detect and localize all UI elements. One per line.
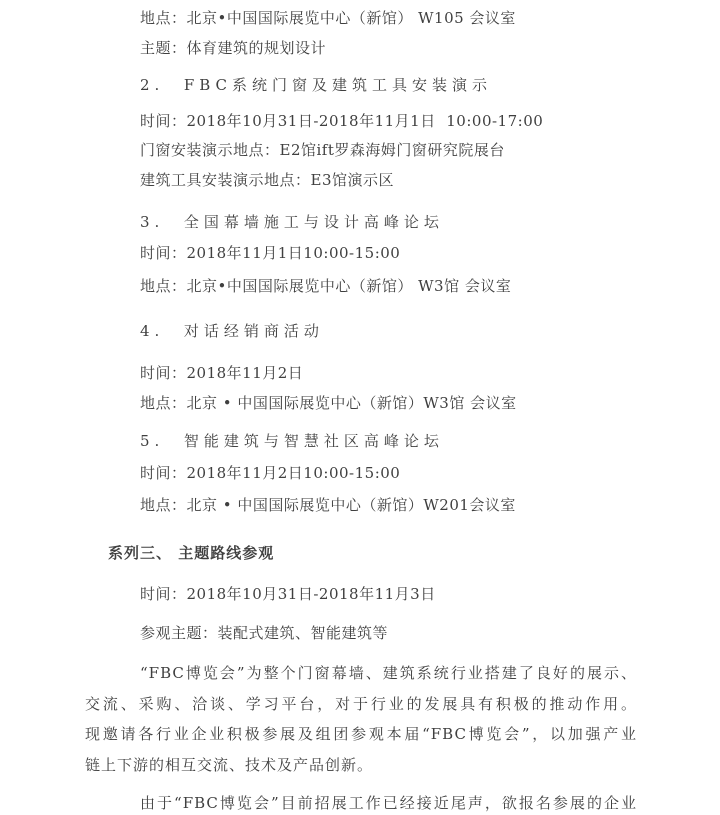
paragraph1-line2: 交流、采购、洽谈、学习平台，对于行业的发展具有积极的推动作用。: [85, 693, 637, 715]
event5-location-line: 地点：北京 • 中国国际展览中心（新馆）W201会议室: [140, 494, 516, 516]
event1-location-line: 地点：北京•中国国际展览中心（新馆） W105 会议室: [140, 7, 516, 29]
event1-topic-line: 主题：体育建筑的规划设计: [140, 37, 326, 59]
paragraph2-line1: 由于“FBC博览会”目前招展工作已经接近尾声，欲报名参展的企业: [85, 792, 637, 814]
paragraph1-line3: 现邀请各行业企业积极参展及组团参观本届“FBC博览会”，以加强产业: [85, 723, 637, 745]
section3-time-line: 时间：2018年10月31日-2018年11月3日: [140, 583, 436, 605]
event3-location-line: 地点：北京•中国国际展览中心（新馆） W3馆 会议室: [140, 275, 511, 297]
paragraph1-line4: 链上下游的相互交流、技术及产品创新。: [85, 754, 637, 776]
event4-location-line: 地点：北京 • 中国国际展览中心（新馆）W3馆 会议室: [140, 392, 517, 414]
event4-time-line: 时间：2018年11月2日: [140, 362, 303, 384]
paragraph1-line1: “FBC博览会”为整个门窗幕墙、建筑系统行业搭建了良好的展示、: [85, 662, 637, 684]
event2-title-line: 2. FBC系统门窗及建筑工具安装演示: [140, 74, 492, 96]
section3-visit-theme-line: 参观主题：装配式建筑、智能建筑等: [140, 622, 388, 644]
event2-time-line: 时间：2018年10月31日-2018年11月1日 10:00-17:00: [140, 110, 543, 132]
event5-time-line: 时间：2018年11月2日10:00-15:00: [140, 462, 400, 484]
event2-tool-demo-location-line: 建筑工具安装演示地点：E3馆演示区: [140, 169, 394, 191]
document-page: 地点：北京•中国国际展览中心（新馆） W105 会议室 主题：体育建筑的规划设计…: [0, 0, 720, 815]
section3-heading: 系列三、 主题路线参观: [108, 542, 274, 564]
event5-title-line: 5. 智能建筑与智慧社区高峰论坛: [140, 430, 444, 452]
event2-window-demo-location-line: 门窗安装演示地点：E2馆ift罗森海姆门窗研究院展台: [140, 139, 505, 161]
event4-title-line: 4. 对话经销商活动: [140, 320, 324, 342]
event3-title-line: 3. 全国幕墙施工与设计高峰论坛: [140, 211, 444, 233]
event3-time-line: 时间：2018年11月1日10:00-15:00: [140, 242, 400, 264]
